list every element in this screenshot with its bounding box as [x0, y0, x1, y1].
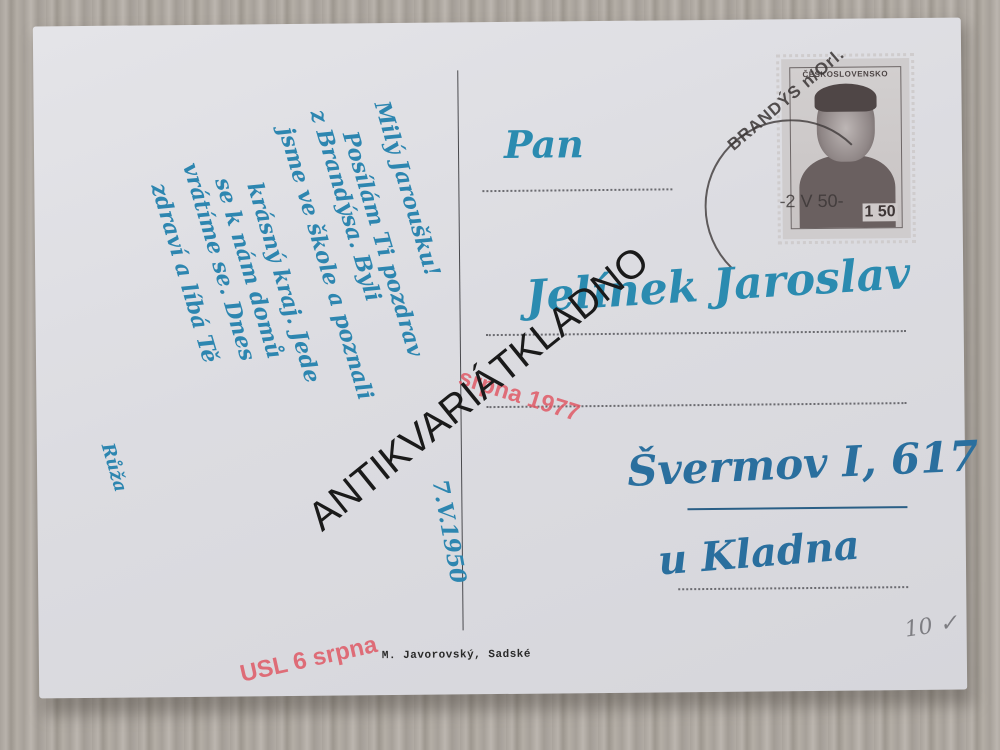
pencil-note: 10 ✓ [903, 610, 960, 643]
address-street: Švermov I, 617 [626, 431, 979, 496]
red-date-stamp-2: USL 6 srpna [238, 631, 380, 689]
address-salutation: Pan [504, 121, 584, 167]
publisher-imprint: M. Javorovský, Sadské [382, 649, 531, 662]
address-underline [687, 506, 907, 510]
address-line-1 [482, 188, 672, 192]
message-signature: Růža [97, 441, 131, 495]
postmark-date: -2 V 50- [779, 191, 843, 213]
address-city: u Kladna [656, 522, 861, 585]
message-date: 7.V.1950 [427, 477, 472, 585]
stamp-portrait-hair [814, 83, 876, 112]
handwritten-message: Milý Jaroušku! Posílám Ti pozdrav z Bran… [94, 98, 429, 641]
address-line-4 [678, 586, 908, 590]
